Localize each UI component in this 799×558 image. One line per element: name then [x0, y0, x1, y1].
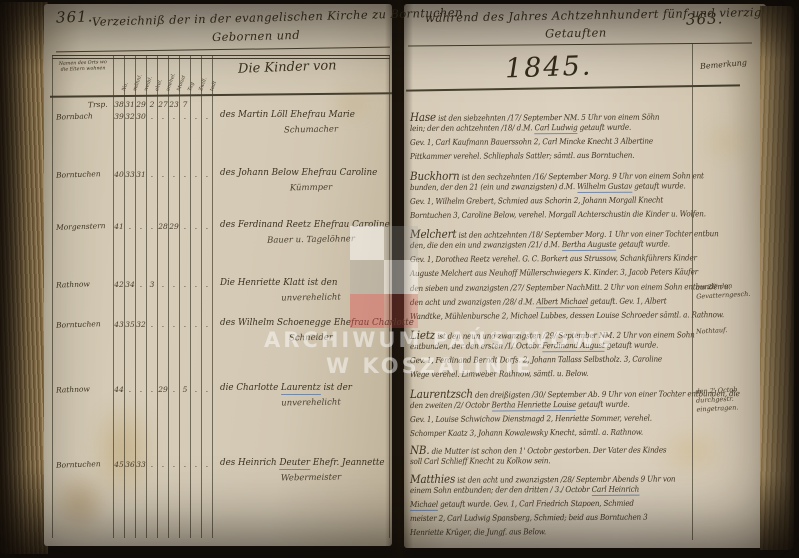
underlined-name: Albert Michael — [536, 297, 588, 308]
margin-note: den 2' Octobdurchgestr.eingetragen. — [695, 384, 758, 414]
count-cell: . — [180, 222, 190, 231]
left-table-top-rule-2 — [52, 58, 390, 59]
register-line-text: Wege verehel. Limweber Rathnow, sämtl. u… — [410, 369, 588, 379]
count-cell: . — [191, 222, 201, 231]
register-line: lein; der den achtzehnten /18/ d.M. Carl… — [410, 123, 631, 133]
count-cell: . — [180, 320, 190, 329]
parents-entry: die Charlotte Laurentz ist der — [220, 383, 352, 393]
count-cell: 43 — [114, 320, 124, 329]
count-cell: . — [158, 280, 168, 289]
count-cell: 45 — [114, 460, 124, 469]
register-line-text: Gev. 1, Louise Schwichow Dienstmagd 2, H… — [410, 414, 652, 424]
register-line: Gev. 1, Ferdinand Berndt Dorfs. 2, Johan… — [410, 355, 662, 365]
margin-note: am 28' denGevatterngesch. — [696, 280, 759, 301]
register-line-text: Gev. 1, Wilhelm Grebert, Schmied aus Sch… — [410, 196, 663, 206]
right-page-number: 363. — [686, 9, 724, 28]
count-cell: . — [191, 320, 201, 329]
count-cell: 41 — [114, 222, 124, 231]
count-cell: . — [158, 170, 168, 179]
count-cell: 27 — [158, 100, 168, 109]
count-cell: 32 — [136, 320, 146, 329]
underlined-name: Deuter — [279, 458, 310, 470]
underlined-name: Ferdinand August — [542, 341, 605, 352]
count-cell: 36 — [125, 460, 135, 469]
count-cell: 30 — [136, 112, 146, 121]
underlined-name: Carl Heinrich — [592, 485, 639, 496]
count-cell: . — [169, 460, 179, 469]
count-cell: . — [147, 320, 157, 329]
count-cell: 2 — [147, 100, 157, 109]
count-cell: . — [158, 320, 168, 329]
count-cell: . — [158, 112, 168, 121]
register-line: bunden, der den 21 (ein und zwanzigsten)… — [410, 181, 686, 192]
count-cell: . — [191, 460, 201, 469]
count-cell: . — [125, 385, 135, 394]
count-cell: . — [180, 170, 190, 179]
book-right-page-stack — [760, 6, 794, 550]
count-cell: . — [202, 280, 212, 289]
count-cell: 23 — [169, 100, 179, 109]
left-table-top-rule — [52, 55, 390, 56]
count-cell: 29 — [136, 100, 146, 109]
count-cell: 28 — [158, 222, 168, 231]
entry-surname: Buckhorn — [410, 169, 459, 183]
count-cell: . — [147, 460, 157, 469]
count-cell: 3 — [147, 280, 157, 289]
count-cell: 33 — [125, 170, 135, 179]
count-cell: . — [180, 460, 190, 469]
count-cell: 39 — [114, 112, 124, 121]
register-line-text: Auguste Melchert aus Neuhoff Müllerschwi… — [410, 267, 698, 278]
register-line: einem Sohn entbunden; der den dritten / … — [410, 485, 639, 495]
book-left-page-stack — [0, 2, 48, 554]
underlined-name: Carl Ludwig — [535, 123, 578, 134]
count-cell: 42 — [114, 280, 124, 289]
register-line: den sieben und zwanzigsten /27/ Septembe… — [410, 282, 731, 293]
underlined-name: Laurentz — [281, 383, 321, 395]
register-line: Henriette Krüger, die Jungf. aus Below. — [410, 527, 546, 537]
count-cell: . — [169, 385, 179, 394]
remark-column-line — [692, 44, 693, 540]
register-line: den zweiten /2/ Octobr Bertha Henriette … — [410, 400, 630, 410]
count-cell: . — [136, 280, 146, 289]
church-register-scan: 361. Verzeichniß der in der evangelische… — [0, 0, 799, 558]
place-name: Trsp. — [88, 100, 108, 110]
count-cell: 34 — [125, 280, 135, 289]
parents-entry: Die Henriette Klatt ist den — [220, 278, 337, 288]
underlined-name: Michael — [410, 500, 438, 511]
place-name: Borntuchen — [56, 169, 101, 180]
table-column-line — [212, 55, 213, 538]
table-column-line — [52, 55, 53, 538]
count-cell: . — [202, 112, 212, 121]
register-line-text: den sieben und zwanzigsten /27/ Septembe… — [410, 282, 731, 293]
register-line-text: Henriette Krüger, die Jungf. aus Below. — [410, 527, 546, 537]
register-line-text: soll Carl Schlieff Knecht zu Kolkow sein… — [410, 456, 551, 466]
count-cell: . — [147, 385, 157, 394]
count-cell: . — [136, 222, 146, 231]
count-cell: . — [191, 112, 201, 121]
count-cell: . — [180, 280, 190, 289]
register-line-text: ist den acht und zwanzigsten /28/ Septem… — [455, 474, 675, 484]
count-cell: . — [202, 222, 212, 231]
register-line: Gev. 1, Dorothea Reetz verehel. G. C. Bo… — [410, 253, 697, 264]
right-register-header-line2: Getauften — [545, 25, 607, 40]
count-cell: . — [158, 460, 168, 469]
register-line-text: Gev. 1, Ferdinand Berndt Dorfs. 2, Johan… — [410, 355, 662, 365]
register-line-text: die Mutter ist schon den 1' Octobr gesto… — [429, 446, 666, 456]
place-name: Borntuchen — [56, 459, 101, 470]
parents-entry: des Ferdinand Reetz Ehefrau Caroline — [220, 220, 390, 230]
entry-surname: Matthies — [410, 472, 455, 486]
count-cell: 40 — [114, 170, 124, 179]
left-register-header-line2: Gebornen und — [212, 28, 300, 44]
register-line-text: Pittkammer verehel. Schliephals Sattler;… — [410, 151, 634, 161]
register-line: Schomper Kaatz 3, Johann Kowalewsky Knec… — [410, 428, 643, 438]
register-line-text: Gev. 1, Dorothea Reetz verehel. G. C. Bo… — [410, 253, 697, 264]
register-line: den, die den ein und zwanzigsten /21/ d.… — [410, 239, 670, 250]
register-line: Gev. 1, Wilhelm Grebert, Schmied aus Sch… — [410, 196, 663, 206]
count-cell: . — [202, 385, 212, 394]
place-column-header: Namen des Orts wo die Eltern wohnen — [56, 60, 110, 74]
count-cell: . — [169, 320, 179, 329]
entry-surname: Hase — [410, 110, 436, 124]
register-line: Michael getauft wurde. Gev. 1, Carl Frie… — [410, 499, 634, 509]
place-name: Rathnow — [56, 384, 90, 394]
register-line: Auguste Melchert aus Neuhoff Müllerschwi… — [410, 267, 698, 278]
register-line: Pittkammer verehel. Schliephals Sattler;… — [410, 151, 634, 161]
count-cell: . — [191, 280, 201, 289]
register-line-text: Schomper Kaatz 3, Johann Kowalewsky Knec… — [410, 428, 643, 438]
place-name: Borntuchen — [56, 319, 101, 330]
register-line: Borntuchen 3, Caroline Below, verehel. M… — [410, 209, 706, 220]
table-column-line — [389, 55, 390, 538]
count-cell: . — [147, 112, 157, 121]
count-cell: 7 — [180, 100, 190, 109]
count-cell: . — [169, 280, 179, 289]
count-cell: . — [202, 320, 212, 329]
entry-surname: Laurentzsch — [410, 387, 473, 401]
count-cell: 33 — [136, 460, 146, 469]
entry-surname: NB. — [410, 443, 429, 457]
underlined-name: Wilhelm Gustav — [577, 182, 632, 193]
count-cell: . — [125, 222, 135, 231]
parents-entry: des Martin Löll Ehefrau Marie — [220, 110, 355, 120]
register-line: Wege verehel. Limweber Rathnow, sämtl. u… — [410, 369, 588, 379]
register-line: soll Carl Schlieff Knecht zu Kolkow sein… — [410, 456, 551, 466]
count-cell: 29 — [169, 222, 179, 231]
register-line: Gev. 1, Carl Kaufmann Bauerssohn 2, Carl… — [410, 137, 653, 147]
register-line-text: einem Sohn entbunden; der den dritten / … — [410, 485, 639, 496]
count-cell: . — [136, 385, 146, 394]
count-cell: . — [202, 460, 212, 469]
parents-entry: des Johann Below Ehefrau Caroline — [220, 168, 377, 178]
entry-surname: Melchert — [410, 227, 456, 241]
register-line-text: ist den neun und zwanzigsten /29/ Septem… — [435, 330, 695, 341]
register-line: Gev. 1, Louise Schwichow Dienstmagd 2, H… — [410, 414, 652, 424]
count-cell: . — [180, 112, 190, 121]
count-cell: . — [147, 170, 157, 179]
place-name: Morgenstern — [56, 221, 106, 232]
count-cell: 35 — [125, 320, 135, 329]
register-line-text: ist den sechzehnten /16/ September Morg.… — [459, 171, 703, 181]
register-line-text: ist den achtzehnten /18/ September Morg.… — [456, 229, 718, 240]
count-cell: 44 — [114, 385, 124, 394]
register-line: entbunden, der den ersten /1/ Octobr Fer… — [410, 341, 658, 351]
count-cell: 29 — [158, 385, 168, 394]
count-cell: 31 — [125, 100, 135, 109]
register-line: meister 2, Carl Ludwig Spansberg, Schmie… — [410, 513, 648, 523]
register-line: NB. die Mutter ist schon den 1' Octobr g… — [410, 442, 666, 457]
register-line-text: Borntuchen 3, Caroline Below, verehel. M… — [410, 209, 706, 220]
register-line: den acht und zwanzigsten /28/ d.M. Alber… — [410, 297, 667, 307]
parents-entry: des Wilhelm Schoenegge Ehefrau Charlotte — [220, 318, 414, 328]
place-name: Rathnow — [56, 279, 90, 289]
register-line: Wandtke, Mühlenbursche 2, Michael Lubbes… — [410, 310, 724, 321]
count-cell: . — [202, 170, 212, 179]
count-cell: . — [191, 170, 201, 179]
count-cell: 31 — [136, 170, 146, 179]
register-line-text: ist den siebzehnten /17/ September NM. 5… — [436, 113, 659, 123]
count-cell: . — [169, 170, 179, 179]
count-cell: 32 — [125, 112, 135, 121]
count-cell: . — [169, 112, 179, 121]
underlined-name: Bertha Henriette Louise — [491, 400, 576, 411]
underlined-name: Bertha Auguste — [562, 240, 617, 251]
register-line: Matthies ist den acht und zwanzigsten /2… — [410, 470, 675, 486]
register-line: Hase ist den siebzehnten /17/ September … — [410, 109, 659, 124]
register-line-text: Wandtke, Mühlenbursche 2, Michael Lubbes… — [410, 310, 724, 321]
parents-entry: des Heinrich Deuter Ehefr. Jeannette — [220, 458, 385, 468]
left-page-number: 361. — [56, 7, 94, 26]
register-line: Laurentzsch den dreißigsten /30/ Septemb… — [410, 385, 740, 401]
count-cell: 38 — [114, 100, 124, 109]
entry-surname: Lietz — [410, 328, 435, 342]
register-line-text: meister 2, Carl Ludwig Spansberg, Schmie… — [410, 513, 648, 523]
year-heading: 1845. — [504, 50, 592, 84]
count-cell: . — [147, 222, 157, 231]
count-cell: 5 — [180, 385, 190, 394]
register-line-text: Gev. 1, Carl Kaufmann Bauerssohn 2, Carl… — [410, 137, 653, 147]
count-cell: . — [191, 385, 201, 394]
register-line: Melchert ist den achtzehnten /18/ Septem… — [410, 225, 719, 241]
place-name: Bornbach — [56, 111, 93, 121]
